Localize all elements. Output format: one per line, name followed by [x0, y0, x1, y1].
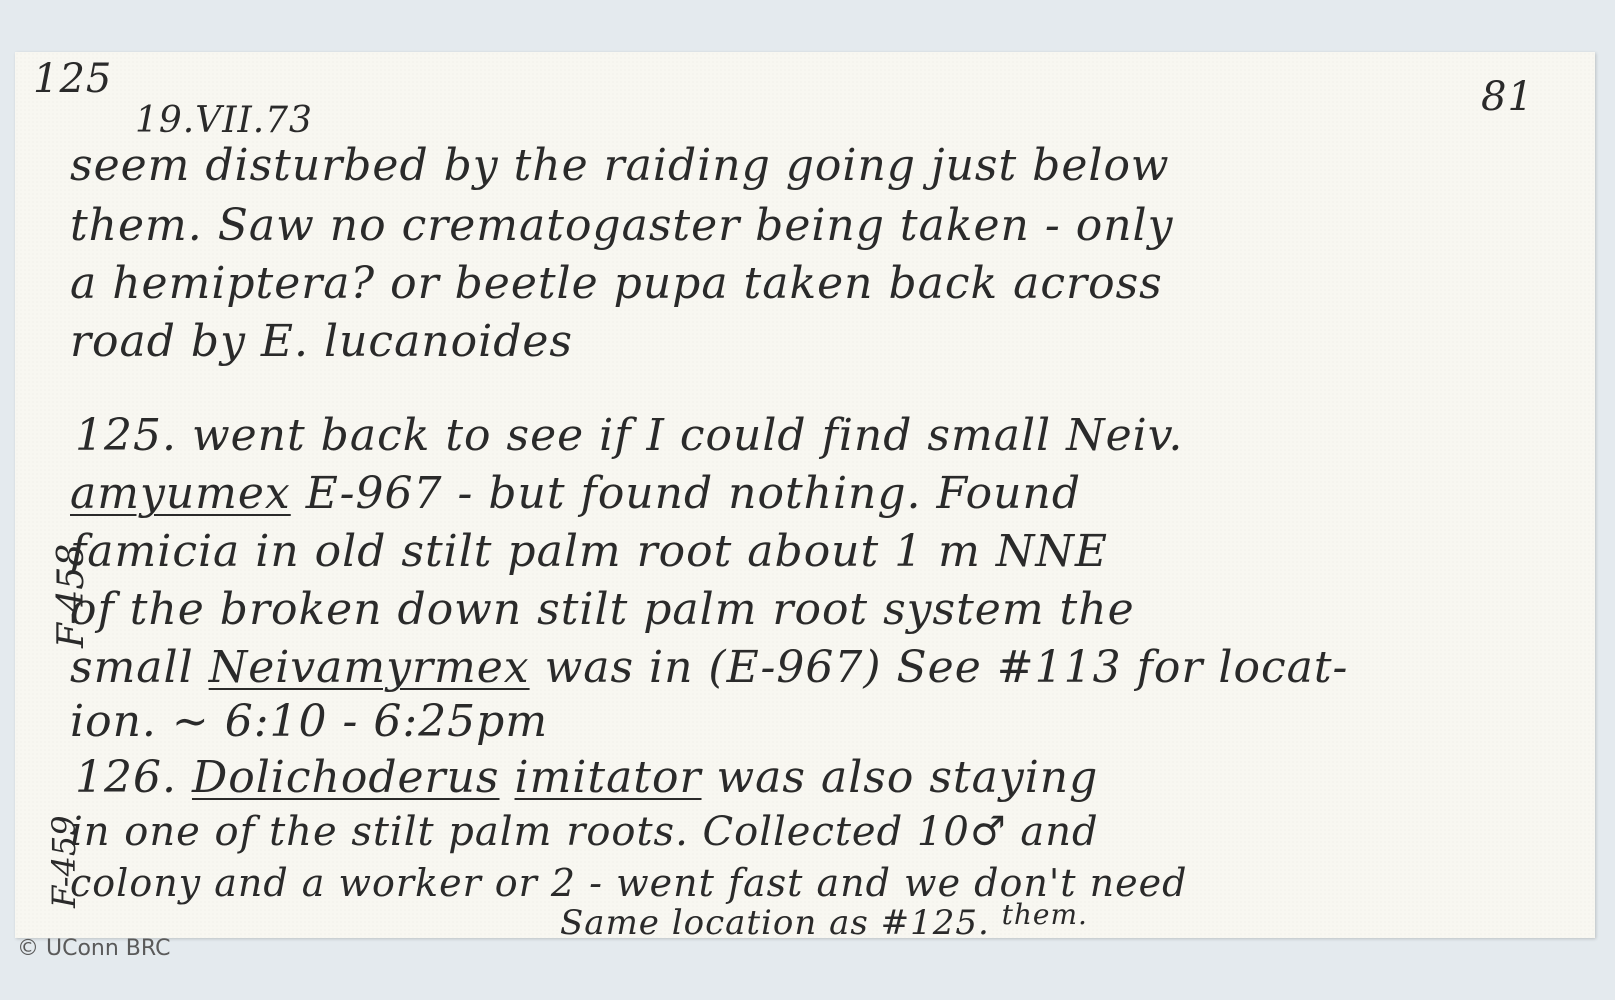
entry-125-line-4: of the broken down stilt palm root syste…	[70, 588, 1135, 632]
species-imitator: imitator	[515, 752, 702, 803]
index-card: 125 81 19.VII.73 seem disturbed by the r…	[15, 52, 1595, 938]
copyright-text: © UConn BRC	[17, 936, 170, 961]
genus-dolichoderus: Dolichoderus	[192, 752, 500, 803]
entry-125-line-1: 125. went back to see if I could find sm…	[75, 414, 1183, 458]
entry-126-line-4: Same location as #125. them.	[560, 898, 1088, 943]
entry-126-text: was also staying	[717, 752, 1099, 803]
note-line-1: seem disturbed by the raiding going just…	[70, 144, 1170, 188]
date: 19.VII.73	[135, 100, 313, 141]
genus-fragment: amyumex	[70, 468, 291, 519]
inserted-word: them.	[1002, 898, 1088, 931]
entry-126-number: 126.	[75, 752, 177, 803]
entry-125-line-5: small Neivamyrmex was in (E-967) See #11…	[70, 646, 1348, 690]
entry-125-number: 125.	[75, 410, 177, 461]
entry-126-line-3: colony and a worker or 2 - went fast and…	[70, 864, 1187, 902]
entry-126-text: Same location as #125.	[560, 903, 990, 943]
entry-126-line-1: 126. Dolichoderus imitator was also stay…	[75, 756, 1098, 800]
entry-125-text: was in (E-967) See #113 for locat-	[545, 642, 1349, 693]
margin-note-f459: F-459	[45, 815, 83, 908]
entry-125-text: went back to see if I could find small N…	[192, 410, 1183, 461]
entry-125-line-6: ion. ~ 6:10 - 6:25pm	[70, 700, 548, 744]
note-line-3: a hemiptera? or beetle pupa taken back a…	[70, 262, 1163, 306]
entry-125-line-2: amyumex E-967 - but found nothing. Found	[70, 472, 1081, 516]
entry-126-line-2: in one of the stilt palm roots. Collecte…	[70, 812, 1099, 852]
margin-note-f458: F-458	[51, 544, 92, 648]
entry-125-text: E-967 - but found nothing. Found	[306, 468, 1081, 519]
entry-125-text: small	[70, 642, 194, 693]
entry-125-line-3: famicia in old stilt palm root about 1 m…	[70, 530, 1108, 574]
genus-neivamyrmex: Neivamyrmex	[209, 642, 530, 693]
page-number-right: 81	[1481, 74, 1534, 120]
note-line-2: them. Saw no crematogaster being taken -…	[70, 204, 1173, 248]
page-number-left: 125	[33, 56, 112, 102]
note-line-4: road by E. lucanoides	[70, 320, 573, 364]
